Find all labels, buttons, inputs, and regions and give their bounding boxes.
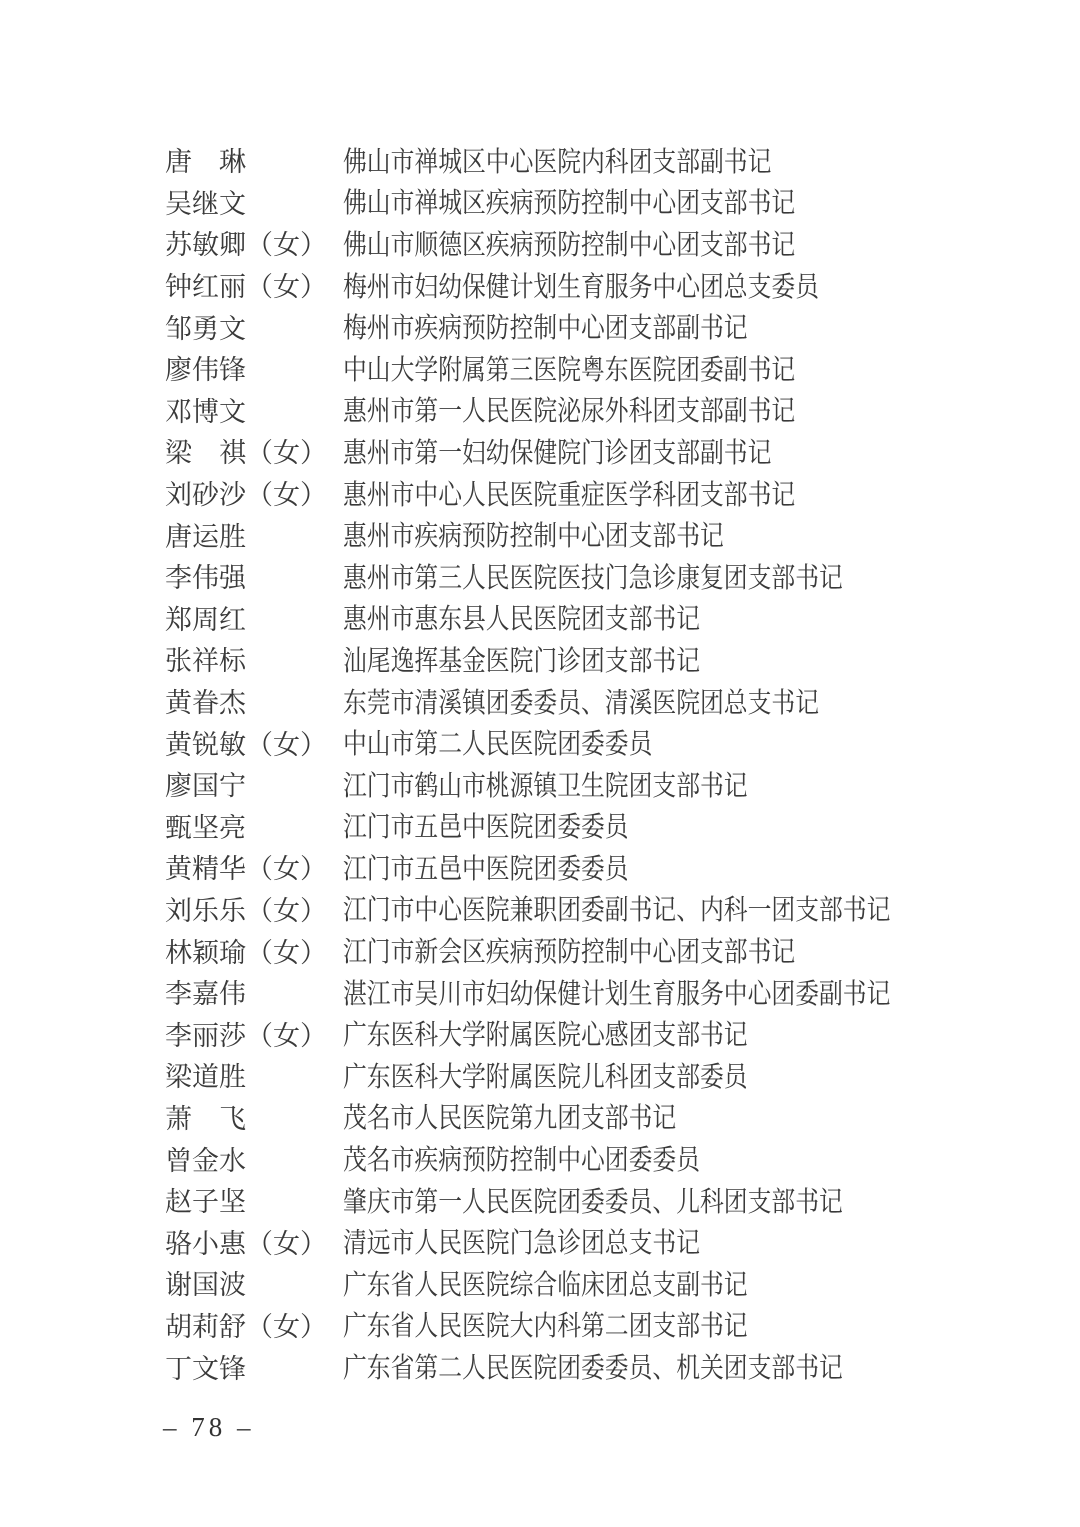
document-page: 唐 琳 佛山市禅城区中心医院内科团支部副书记 吴继文 佛山市禅城区疾病预防控制中… [0, 0, 1080, 1527]
person-name: 丁文锋 [165, 1347, 343, 1386]
person-name: 甄坚亮 [165, 806, 343, 845]
list-item: 吴继文 佛山市禅城区疾病预防控制中心团支部书记 [165, 181, 987, 223]
list-item: 甄坚亮 江门市五邑中医院团委委员 [165, 805, 987, 847]
person-position: 惠州市惠东县人民医院团支部书记 [343, 597, 700, 637]
list-item: 刘砂沙（女） 惠州市中心人民医院重症医学科团支部书记 [165, 472, 987, 514]
person-position: 湛江市吴川市妇幼保健计划生育服务中心团委副书记 [343, 972, 890, 1012]
person-name: 钟红丽（女） [165, 265, 343, 304]
list-item: 李丽莎（女） 广东医科大学附属医院心感团支部书记 [165, 1012, 987, 1054]
person-position: 惠州市第一妇幼保健院门诊团支部副书记 [343, 431, 771, 471]
person-name: 邹勇文 [165, 307, 343, 346]
person-name: 苏敏卿（女） [165, 223, 343, 262]
person-position: 中山市第二人民医院团委委员 [343, 722, 652, 762]
list-item: 萧 飞 茂名市人民医院第九团支部书记 [165, 1096, 987, 1138]
person-name: 梁 祺（女） [165, 431, 343, 470]
person-position: 广东医科大学附属医院心感团支部书记 [343, 1013, 748, 1053]
list-item: 梁 祺（女） 惠州市第一妇幼保健院门诊团支部副书记 [165, 430, 987, 472]
person-position: 广东省第二人民医院团委委员、机关团支部书记 [343, 1346, 843, 1386]
list-item: 黄眷杰 东莞市清溪镇团委委员、清溪医院团总支书记 [165, 680, 987, 722]
person-name: 吴继文 [165, 182, 343, 221]
page-number: – 78 – [163, 1412, 255, 1443]
person-position: 清远市人民医院门急诊团总支书记 [343, 1221, 700, 1261]
person-position: 惠州市中心人民医院重症医学科团支部书记 [343, 473, 795, 513]
list-item: 骆小惠（女） 清远市人民医院门急诊团总支书记 [165, 1220, 987, 1262]
person-name: 刘乐乐（女） [165, 889, 343, 928]
list-item: 唐运胜 惠州市疾病预防控制中心团支部书记 [165, 513, 987, 555]
list-item: 黄锐敏（女） 中山市第二人民医院团委委员 [165, 721, 987, 763]
person-name: 谢国波 [165, 1263, 343, 1302]
person-position: 东莞市清溪镇团委委员、清溪医院团总支书记 [343, 681, 819, 721]
person-name: 李嘉伟 [165, 972, 343, 1011]
person-position: 江门市鹤山市桃源镇卫生院团支部书记 [343, 764, 748, 804]
list-item: 曾金水 茂名市疾病预防控制中心团委委员 [165, 1137, 987, 1179]
person-position: 肇庆市第一人民医院团委委员、儿科团支部书记 [343, 1180, 843, 1220]
person-name: 胡莉舒（女） [165, 1305, 343, 1344]
person-name: 刘砂沙（女） [165, 473, 343, 512]
list-item: 丁文锋 广东省第二人民医院团委委员、机关团支部书记 [165, 1345, 987, 1387]
list-item: 李嘉伟 湛江市吴川市妇幼保健计划生育服务中心团委副书记 [165, 971, 987, 1013]
list-item: 苏敏卿（女） 佛山市顺德区疾病预防控制中心团支部书记 [165, 222, 987, 264]
list-item: 钟红丽（女） 梅州市妇幼保健计划生育服务中心团总支委员 [165, 264, 987, 306]
list-item: 张祥标 汕尾逸挥基金医院门诊团支部书记 [165, 638, 987, 680]
list-item: 邹勇文 梅州市疾病预防控制中心团支部副书记 [165, 305, 987, 347]
list-item: 胡莉舒（女） 广东省人民医院大内科第二团支部书记 [165, 1304, 987, 1346]
list-item: 林颖瑜（女） 江门市新会区疾病预防控制中心团支部书记 [165, 929, 987, 971]
person-name: 郑周红 [165, 598, 343, 637]
person-position: 佛山市禅城区中心医院内科团支部副书记 [343, 140, 771, 180]
person-name: 骆小惠（女） [165, 1222, 343, 1261]
person-name: 廖国宁 [165, 764, 343, 803]
person-name: 曾金水 [165, 1139, 343, 1178]
person-name: 林颖瑜（女） [165, 931, 343, 970]
recipient-list: 唐 琳 佛山市禅城区中心医院内科团支部副书记 吴继文 佛山市禅城区疾病预防控制中… [165, 139, 987, 1387]
person-name: 李丽莎（女） [165, 1014, 343, 1053]
person-position: 佛山市顺德区疾病预防控制中心团支部书记 [343, 223, 795, 263]
person-position: 江门市五邑中医院团委委员 [343, 847, 629, 887]
person-position: 梅州市疾病预防控制中心团支部副书记 [343, 306, 748, 346]
person-name: 黄锐敏（女） [165, 723, 343, 762]
person-position: 茂名市人民医院第九团支部书记 [343, 1096, 676, 1136]
list-item: 李伟强 惠州市第三人民医院医技门急诊康复团支部书记 [165, 555, 987, 597]
list-item: 赵子坚 肇庆市第一人民医院团委委员、儿科团支部书记 [165, 1179, 987, 1221]
person-position: 中山大学附属第三医院粤东医院团委副书记 [343, 348, 795, 388]
person-position: 佛山市禅城区疾病预防控制中心团支部书记 [343, 181, 795, 221]
person-name: 黄眷杰 [165, 681, 343, 720]
person-position: 广东医科大学附属医院儿科团支部委员 [343, 1055, 748, 1095]
person-position: 汕尾逸挥基金医院门诊团支部书记 [343, 639, 700, 679]
person-position: 惠州市第三人民医院医技门急诊康复团支部书记 [343, 556, 843, 596]
person-name: 张祥标 [165, 639, 343, 678]
person-name: 邓博文 [165, 390, 343, 429]
list-item: 黄精华（女） 江门市五邑中医院团委委员 [165, 846, 987, 888]
list-item: 廖伟锋 中山大学附属第三医院粤东医院团委副书记 [165, 347, 987, 389]
person-position: 江门市中心医院兼职团委副书记、内科一团支部书记 [343, 888, 890, 928]
person-position: 茂名市疾病预防控制中心团委委员 [343, 1138, 700, 1178]
person-name: 李伟强 [165, 556, 343, 595]
person-name: 萧 飞 [165, 1097, 343, 1136]
person-name: 黄精华（女） [165, 847, 343, 886]
person-position: 广东省人民医院大内科第二团支部书记 [343, 1304, 748, 1344]
person-name: 梁道胜 [165, 1055, 343, 1094]
person-name: 唐 琳 [165, 140, 343, 179]
person-name: 赵子坚 [165, 1180, 343, 1219]
person-position: 江门市五邑中医院团委委员 [343, 805, 629, 845]
list-item: 谢国波 广东省人民医院综合临床团总支副书记 [165, 1262, 987, 1304]
person-name: 廖伟锋 [165, 348, 343, 387]
list-item: 唐 琳 佛山市禅城区中心医院内科团支部副书记 [165, 139, 987, 181]
list-item: 廖国宁 江门市鹤山市桃源镇卫生院团支部书记 [165, 763, 987, 805]
person-position: 惠州市疾病预防控制中心团支部书记 [343, 514, 724, 554]
list-item: 郑周红 惠州市惠东县人民医院团支部书记 [165, 597, 987, 639]
list-item: 梁道胜 广东医科大学附属医院儿科团支部委员 [165, 1054, 987, 1096]
person-name: 唐运胜 [165, 515, 343, 554]
list-item: 邓博文 惠州市第一人民医院泌尿外科团支部副书记 [165, 389, 987, 431]
person-position: 梅州市妇幼保健计划生育服务中心团总支委员 [343, 265, 819, 305]
person-position: 江门市新会区疾病预防控制中心团支部书记 [343, 930, 795, 970]
person-position: 广东省人民医院综合临床团总支副书记 [343, 1263, 748, 1303]
list-item: 刘乐乐（女） 江门市中心医院兼职团委副书记、内科一团支部书记 [165, 888, 987, 930]
person-position: 惠州市第一人民医院泌尿外科团支部副书记 [343, 389, 795, 429]
